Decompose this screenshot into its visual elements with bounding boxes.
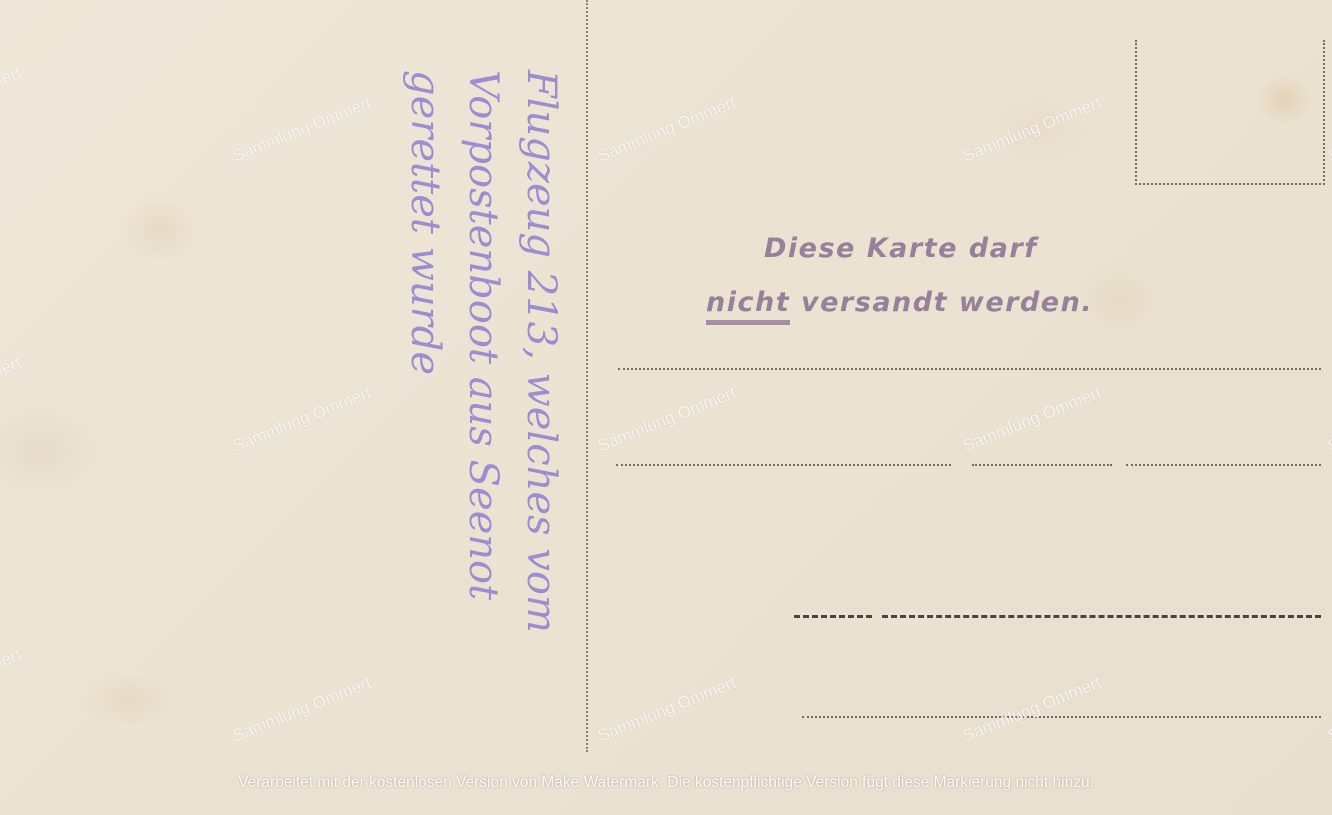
stamp-line-2: nicht versandt werden. (706, 276, 1106, 330)
address-line-3b (882, 615, 1321, 618)
footer-watermark-notice: Verarbeitet mit der kostenlosen Version … (0, 774, 1332, 792)
watermark: Sammlung Ommert (1325, 93, 1332, 167)
stamp-underlined-word: nicht (706, 286, 790, 325)
watermark: Sammlung Ommert (595, 93, 739, 167)
watermark: Sammlung Ommert (0, 63, 24, 137)
watermark: Sammlung Ommert (960, 673, 1104, 747)
watermark: Sammlung Ommert (595, 673, 739, 747)
watermark: Sammlung Ommert (960, 383, 1104, 457)
address-line-2c (1126, 464, 1321, 466)
watermark: Sammlung Ommert (1325, 383, 1332, 457)
watermark: Sammlung Ommert (1325, 673, 1332, 747)
rubber-stamp-notice: Diese Karte darf nicht versandt werden. (706, 222, 1106, 330)
watermark: Sammlung Ommert (595, 383, 739, 457)
postcard-back: Diese Karte darf nicht versandt werden. … (0, 0, 1332, 815)
address-line-3a (794, 615, 872, 618)
handwritten-note: Flugzeug 213, welches vom Vorpostenboot … (340, 70, 570, 770)
handwriting-line-1: Flugzeug 213, welches vom (512, 70, 570, 770)
stamp-placeholder-box (1135, 40, 1325, 185)
watermark: Sammlung Ommert (0, 353, 24, 427)
watermark: Sammlung Ommert (0, 645, 24, 719)
address-line-2a (616, 464, 951, 466)
stamp-line-2-rest: versandt werden. (790, 287, 1093, 318)
vertical-divider-line (586, 0, 588, 752)
handwriting-line-3: gerettet wurde (396, 70, 454, 770)
stamp-line-1: Diese Karte darf (706, 222, 1106, 276)
watermark: Sammlung Ommert (960, 93, 1104, 167)
address-line-4 (802, 716, 1321, 718)
address-line-2b (972, 464, 1112, 466)
handwriting-line-2: Vorpostenboot aus Seenot (454, 70, 512, 770)
address-line-1 (618, 368, 1321, 370)
